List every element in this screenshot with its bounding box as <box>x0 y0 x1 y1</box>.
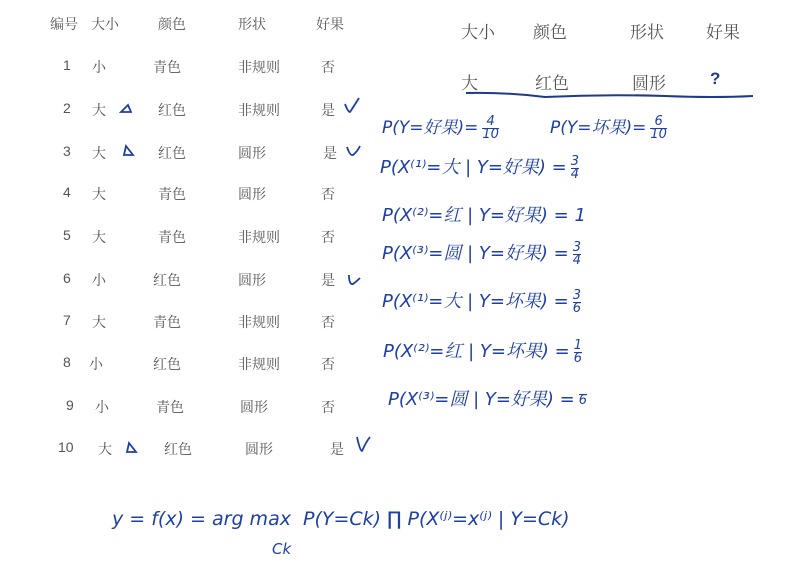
cell-shape: 圆形 <box>245 439 273 459</box>
cell-shape: 非规则 <box>238 354 280 374</box>
cell-id: 3 <box>63 143 71 159</box>
cell-shape: 圆形 <box>240 397 268 417</box>
naive-bayes-formula: y = f(x) = arg max P(Y=Ck) ∏ P(X⁽ʲ⁾=x⁽ʲ⁾… <box>112 508 570 530</box>
cell-id: 6 <box>63 270 71 286</box>
cell-size: 大 <box>92 312 106 332</box>
note-line: P(X⁽²⁾=红 | Y=坏果) =16 <box>383 337 582 365</box>
cell-color: 青色 <box>158 184 186 204</box>
query-header-shape: 形状 <box>630 18 664 43</box>
cell-color: 青色 <box>153 57 181 77</box>
cell-good: 是 <box>321 270 335 290</box>
cell-shape: 圆形 <box>238 270 266 290</box>
check-mark-icon <box>343 97 361 115</box>
note-line: P(X⁽¹⁾=大 | Y=好果) =34 <box>380 153 579 181</box>
cell-size: 大 <box>92 100 106 120</box>
cell-color: 红色 <box>164 439 192 459</box>
cell-good: 否 <box>321 57 335 77</box>
triangle-mark-icon <box>122 144 136 158</box>
query-header-size: 大小 <box>461 18 495 43</box>
query-value-unknown: ? <box>710 69 720 89</box>
cell-id: 9 <box>66 397 74 413</box>
cell-color: 青色 <box>156 397 184 417</box>
cell-color: 红色 <box>153 354 181 374</box>
cell-id: 5 <box>63 227 71 243</box>
cell-id: 1 <box>63 57 71 73</box>
cell-color: 红色 <box>158 143 186 163</box>
header-shape: 形状 <box>238 14 266 34</box>
note-line: P(X⁽²⁾=红 | Y=好果) = 1 <box>382 201 586 227</box>
check-mark-icon <box>347 273 363 287</box>
cell-id: 10 <box>58 439 74 455</box>
cell-id: 4 <box>63 184 71 200</box>
triangle-mark-icon <box>125 441 139 455</box>
cell-size: 大 <box>92 143 106 163</box>
note-line: P(X⁽¹⁾=大 | Y=坏果) =36 <box>382 287 581 315</box>
cell-size: 大 <box>98 439 112 459</box>
cell-color: 青色 <box>153 312 181 332</box>
cell-size: 小 <box>92 57 106 77</box>
cell-good: 是 <box>321 100 335 120</box>
cell-size: 小 <box>89 354 103 374</box>
header-size: 大小 <box>91 14 119 34</box>
cell-good: 是 <box>323 143 337 163</box>
cell-shape: 非规则 <box>238 312 280 332</box>
cell-shape: 非规则 <box>238 227 280 247</box>
cell-good: 否 <box>321 312 335 332</box>
cell-size: 小 <box>95 397 109 417</box>
underline-stroke <box>465 88 755 102</box>
cell-good: 是 <box>330 439 344 459</box>
header-color: 颜色 <box>158 14 186 34</box>
header-good: 好果 <box>316 14 344 34</box>
query-header-color: 颜色 <box>533 18 567 43</box>
check-mark-icon <box>355 436 371 454</box>
cell-good: 否 <box>321 227 335 247</box>
note-line: P(X⁽³⁾=圆 | Y=好果) =6 <box>388 385 587 411</box>
header-id: 编号 <box>50 14 78 34</box>
cell-shape: 非规则 <box>238 57 280 77</box>
cell-color: 红色 <box>153 270 181 290</box>
note-prior-bad: P(Y=坏果)=610 <box>550 113 667 141</box>
query-header-good: 好果 <box>706 18 740 43</box>
cell-good: 否 <box>321 184 335 204</box>
cell-shape: 圆形 <box>238 184 266 204</box>
cell-good: 否 <box>321 354 335 374</box>
cell-color: 青色 <box>158 227 186 247</box>
note-prior-good: P(Y=好果)=410 <box>382 113 499 141</box>
cell-shape: 圆形 <box>238 143 266 163</box>
triangle-mark-icon <box>119 102 133 114</box>
cell-good: 否 <box>321 397 335 417</box>
cell-shape: 非规则 <box>238 100 280 120</box>
cell-size: 大 <box>92 184 106 204</box>
cell-id: 7 <box>63 312 71 328</box>
cell-size: 小 <box>92 270 106 290</box>
argmax-subscript: Ck <box>272 540 291 558</box>
cell-size: 大 <box>92 227 106 247</box>
check-mark-icon <box>346 144 362 158</box>
note-line: P(X⁽³⁾=圆 | Y=好果) =34 <box>382 239 581 267</box>
cell-id: 2 <box>63 100 71 116</box>
cell-id: 8 <box>63 354 71 370</box>
cell-color: 红色 <box>158 100 186 120</box>
